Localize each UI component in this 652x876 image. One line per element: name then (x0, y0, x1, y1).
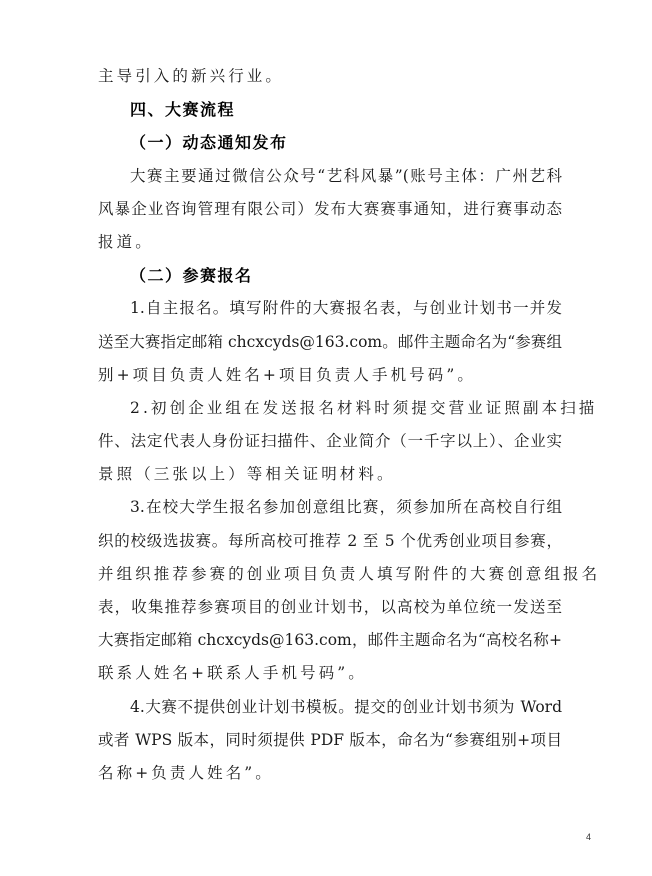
section-heading: （二）参赛报名 (98, 259, 562, 292)
paragraph-line: 3.在校大学生报名参加创意组比赛，须参加所在高校自行组 (98, 491, 562, 524)
paragraph-line: 送至大赛指定邮箱 chcxcyds@163.com。邮件主题命名为“参赛组 (98, 326, 562, 359)
document-body: 主导引入的新兴行业。四、大赛流程（一）动态通知发布大赛主要通过微信公众号“艺科风… (98, 60, 562, 790)
section-heading: （一）动态通知发布 (98, 126, 562, 159)
paragraph-line: 或者 WPS 版本，同时须提供 PDF 版本，命名为“参赛组别+项目 (98, 724, 562, 757)
paragraph-line: 表，收集推荐参赛项目的创业计划书，以高校为单位统一发送至 (98, 591, 562, 624)
paragraph-line: 织的校级选拔赛。每所高校可推荐 2 至 5 个优秀创业项目参赛， (98, 525, 562, 558)
paragraph-line: 2.初创企业组在发送报名材料时须提交营业证照副本扫描 (98, 392, 562, 425)
section-heading: 四、大赛流程 (98, 93, 562, 126)
paragraph-line: 名称+负责人姓名”。 (98, 757, 562, 790)
paragraph-line: 大赛指定邮箱 chcxcyds@163.com，邮件主题命名为“高校名称+ (98, 624, 562, 657)
paragraph-line: 大赛主要通过微信公众号“艺科风暴”(账号主体：广州艺科 (98, 160, 562, 193)
paragraph-line: 1.自主报名。填写附件的大赛报名表，与创业计划书一并发 (98, 292, 562, 325)
paragraph-line: 报道。 (98, 226, 562, 259)
paragraph-line: 4.大赛不提供创业计划书模板。提交的创业计划书须为 Word (98, 691, 562, 724)
paragraph-line: 并组织推荐参赛的创业项目负责人填写附件的大赛创意组报名 (98, 558, 562, 591)
paragraph-line: 风暴企业咨询管理有限公司）发布大赛赛事通知，进行赛事动态 (98, 193, 562, 226)
paragraph-line: 景照（三张以上）等相关证明材料。 (98, 458, 562, 491)
paragraph-line: 联系人姓名+联系人手机号码”。 (98, 657, 562, 690)
document-page: 主导引入的新兴行业。四、大赛流程（一）动态通知发布大赛主要通过微信公众号“艺科风… (98, 60, 562, 790)
paragraph-line: 件、法定代表人身份证扫描件、企业简介（一千字以上）、企业实 (98, 425, 562, 458)
paragraph-line: 别+项目负责人姓名+项目负责人手机号码”。 (98, 359, 562, 392)
paragraph-line: 主导引入的新兴行业。 (98, 60, 562, 93)
page-number: 4 (586, 832, 591, 842)
